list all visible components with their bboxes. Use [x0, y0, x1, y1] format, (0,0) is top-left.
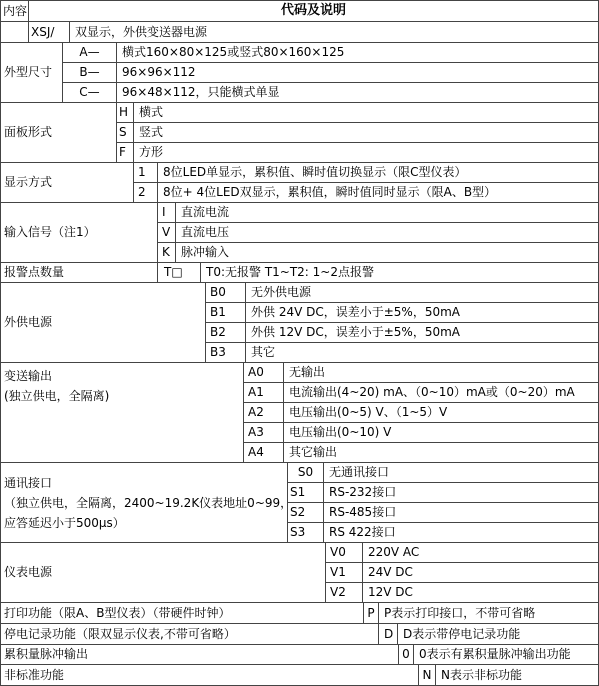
code-cell: A—	[63, 43, 117, 62]
table-row: A— 横式160×80×125或竖式80×160×125	[63, 43, 598, 62]
section-power-fail-record: 停电记录功能（限双显示仪表,不带可省略） D D表示带停电记录功能	[1, 624, 598, 645]
code-cell: V2	[326, 583, 363, 602]
section-display-mode: 显示方式 1 8位LED单显示，累积值、瞬时值切换显示（限C型仪表） 2 8位+…	[1, 163, 598, 203]
table-header-row: 内容 代码及说明	[1, 1, 598, 22]
section-label-line3: 应答延迟小于500μs）	[4, 513, 125, 533]
table-row: V2 12V DC	[326, 582, 598, 602]
desc-cell: 其它	[246, 343, 598, 362]
section-non-standard-label: 非标准功能	[1, 665, 419, 685]
section-label-line1: 变送输出	[4, 366, 109, 386]
table-row: B0 无外供电源	[206, 283, 598, 302]
table-row: K 脉冲输入	[158, 242, 598, 262]
code-cell: B1	[206, 303, 246, 322]
code-cell: S2	[288, 503, 324, 522]
desc-cell: 电压输出(0~5) V、（1~5）V	[284, 403, 598, 422]
section-label-line2: （独立供电，全隔离，2400~19.2K仪表地址0~99，	[4, 493, 288, 513]
table-row: I 直流电流	[158, 203, 598, 222]
table-row: B1 外供 24V DC，误差小于±5%，50mA	[206, 302, 598, 322]
model-desc-cell: 双显示，外供变送器电源	[70, 22, 598, 42]
code-cell: 1	[134, 163, 158, 182]
header-title: 代码及说明	[29, 1, 598, 21]
desc-cell: 0表示有累积量脉冲输出功能	[414, 645, 598, 664]
table-row: 0 0表示有累积量脉冲输出功能	[399, 645, 598, 664]
table-row: 2 8位+ 4位LED双显示，累积值，瞬时值同时显示（限A、B型）	[134, 182, 598, 202]
desc-cell: 竖式	[134, 123, 598, 142]
header-content-cell: 内容	[1, 1, 29, 21]
desc-cell: T0:无报警 T1~T2: 1~2点报警	[201, 263, 598, 282]
table-row: B3 其它	[206, 342, 598, 362]
code-cell: V1	[326, 563, 363, 582]
desc-cell: 脉冲输入	[176, 243, 598, 262]
table-row: A4 其它输出	[244, 442, 598, 462]
table-row: P P表示打印接口，不带可省略	[364, 603, 598, 623]
desc-cell: 8位LED单显示，累积值、瞬时值切换显示（限C型仪表）	[158, 163, 598, 182]
section-input-signal-label: 输入信号（注1）	[1, 203, 158, 262]
code-cell: K	[158, 243, 176, 262]
table-row: A1 电流输出(4~20) mA、（0~10）mA或（0~20）mA	[244, 382, 598, 402]
code-cell: I	[158, 203, 176, 222]
code-cell: D	[379, 624, 398, 644]
code-cell: A0	[244, 363, 284, 382]
table-row: T□ T0:无报警 T1~T2: 1~2点报警	[158, 263, 598, 282]
section-print-function: 打印功能（限A、B型仪表）（带硬件时钟） P P表示打印接口，不带可省略	[1, 603, 598, 624]
section-transmit-output: 变送输出 (独立供电，全隔离) A0 无输出 A1 电流输出(4~20) mA、…	[1, 363, 598, 463]
desc-cell: 无输出	[284, 363, 598, 382]
desc-cell: 外供 12V DC，误差小于±5%，50mA	[246, 323, 598, 342]
ordering-code-table: 内容 代码及说明 XSJ/ 双显示，外供变送器电源 外型尺寸 A— 横式160×…	[0, 0, 599, 686]
table-row: V1 24V DC	[326, 562, 598, 582]
table-row: V 直流电压	[158, 222, 598, 242]
model-row: XSJ/ 双显示，外供变送器电源	[1, 22, 598, 43]
code-cell: V0	[326, 543, 363, 562]
table-row: S0 无通讯接口	[288, 463, 598, 482]
desc-cell: 直流电流	[176, 203, 598, 222]
table-row: 1 8位LED单显示，累积值、瞬时值切换显示（限C型仪表）	[134, 163, 598, 182]
table-row: V0 220V AC	[326, 543, 598, 562]
section-instrument-power: 仪表电源 V0 220V AC V1 24V DC V2 12V DC	[1, 543, 598, 603]
desc-cell: 横式160×80×125或竖式80×160×125	[117, 43, 598, 62]
table-row: D D表示带停电记录功能	[379, 624, 598, 644]
section-dimensions: 外型尺寸 A— 横式160×80×125或竖式80×160×125 B— 96×…	[1, 43, 598, 103]
section-label-line1: 通讯接口	[4, 473, 52, 493]
table-row: N N表示非标功能	[419, 665, 598, 685]
code-cell: A3	[244, 423, 284, 442]
desc-cell: 电压输出(0~10) V	[284, 423, 598, 442]
desc-cell: 220V AC	[363, 543, 598, 562]
desc-cell: RS-485接口	[324, 503, 598, 522]
code-cell: H	[117, 103, 134, 122]
code-cell: B2	[206, 323, 246, 342]
section-display-mode-label: 显示方式	[1, 163, 134, 202]
table-row: C— 96×48×112，只能横式单显	[63, 82, 598, 102]
code-cell: T□	[158, 263, 201, 282]
table-row: S 竖式	[117, 122, 598, 142]
desc-cell: P表示打印接口，不带可省略	[379, 603, 598, 623]
code-cell: V	[158, 223, 176, 242]
desc-cell: 无通讯接口	[324, 463, 598, 482]
section-alarm-points: 报警点数量 T□ T0:无报警 T1~T2: 1~2点报警	[1, 263, 598, 283]
code-cell: S3	[288, 523, 324, 542]
section-panel-form-label: 面板形式	[1, 103, 117, 162]
code-cell: 2	[134, 183, 158, 202]
desc-cell: 12V DC	[363, 583, 598, 602]
code-cell: A4	[244, 443, 284, 462]
code-cell: B0	[206, 283, 246, 302]
table-row: B— 96×96×112	[63, 62, 598, 82]
section-alarm-points-label: 报警点数量	[1, 263, 158, 282]
desc-cell: 24V DC	[363, 563, 598, 582]
table-row: B2 外供 12V DC，误差小于±5%，50mA	[206, 322, 598, 342]
desc-cell: 96×48×112，只能横式单显	[117, 83, 598, 102]
section-instrument-power-label: 仪表电源	[1, 543, 326, 602]
code-cell: N	[419, 665, 436, 685]
code-cell: C—	[63, 83, 117, 102]
desc-cell: 其它输出	[284, 443, 598, 462]
table-row: H 横式	[117, 103, 598, 122]
desc-cell: 横式	[134, 103, 598, 122]
table-row: S3 RS 422接口	[288, 522, 598, 542]
section-comm-interface: 通讯接口 （独立供电，全隔离，2400~19.2K仪表地址0~99， 应答延迟小…	[1, 463, 598, 543]
section-external-power: 外供电源 B0 无外供电源 B1 外供 24V DC，误差小于±5%，50mA …	[1, 283, 598, 363]
section-power-fail-record-label: 停电记录功能（限双显示仪表,不带可省略）	[1, 624, 379, 644]
model-code-cell: XSJ/	[29, 22, 70, 42]
desc-cell: RS 422接口	[324, 523, 598, 542]
section-external-power-label: 外供电源	[1, 283, 206, 362]
desc-cell: 电流输出(4~20) mA、（0~10）mA或（0~20）mA	[284, 383, 598, 402]
desc-cell: 8位+ 4位LED双显示，累积值，瞬时值同时显示（限A、B型）	[158, 183, 598, 202]
section-print-function-label: 打印功能（限A、B型仪表）（带硬件时钟）	[1, 603, 364, 623]
code-cell: A2	[244, 403, 284, 422]
code-cell: B3	[206, 343, 246, 362]
table-row: S2 RS-485接口	[288, 502, 598, 522]
table-row: A3 电压输出(0~10) V	[244, 422, 598, 442]
section-dimensions-label: 外型尺寸	[1, 43, 63, 102]
section-non-standard: 非标准功能 N N表示非标功能	[1, 665, 598, 685]
section-input-signal: 输入信号（注1） I 直流电流 V 直流电压 K 脉冲输入	[1, 203, 598, 263]
desc-cell: N表示非标功能	[436, 665, 598, 685]
section-comm-interface-label: 通讯接口 （独立供电，全隔离，2400~19.2K仪表地址0~99， 应答延迟小…	[1, 463, 288, 542]
section-label-line2: (独立供电，全隔离)	[4, 386, 109, 406]
code-cell: A1	[244, 383, 284, 402]
code-cell: F	[117, 143, 134, 162]
desc-cell: 方形	[134, 143, 598, 162]
desc-cell: D表示带停电记录功能	[398, 624, 598, 644]
code-cell: S0	[288, 463, 324, 482]
table-row: F 方形	[117, 142, 598, 162]
code-cell: S	[117, 123, 134, 142]
table-row: A2 电压输出(0~5) V、（1~5）V	[244, 402, 598, 422]
desc-cell: 96×96×112	[117, 63, 598, 82]
table-row: S1 RS-232接口	[288, 482, 598, 502]
code-cell: B—	[63, 63, 117, 82]
code-cell: P	[364, 603, 379, 623]
section-pulse-output-label: 累积量脉冲输出	[1, 645, 399, 664]
table-row: A0 无输出	[244, 363, 598, 382]
desc-cell: RS-232接口	[324, 483, 598, 502]
code-cell: S1	[288, 483, 324, 502]
model-empty-cell	[1, 22, 29, 42]
section-panel-form: 面板形式 H 横式 S 竖式 F 方形	[1, 103, 598, 163]
section-pulse-output: 累积量脉冲输出 0 0表示有累积量脉冲输出功能	[1, 645, 598, 665]
desc-cell: 外供 24V DC，误差小于±5%，50mA	[246, 303, 598, 322]
desc-cell: 无外供电源	[246, 283, 598, 302]
code-cell: 0	[399, 645, 414, 664]
section-transmit-output-label: 变送输出 (独立供电，全隔离)	[1, 363, 244, 462]
desc-cell: 直流电压	[176, 223, 598, 242]
